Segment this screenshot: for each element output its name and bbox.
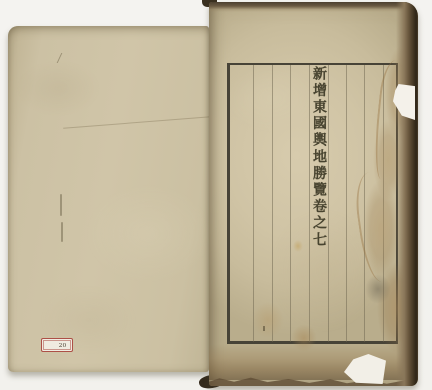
binding-stitch-mark [61, 222, 63, 242]
column-rule [290, 65, 291, 342]
gray-smudge [365, 274, 391, 304]
page-top-edge [209, 2, 418, 12]
catalog-label-text: 20 [59, 342, 67, 348]
book-scan: 20 新增東國輿地勝覽卷之七 [0, 0, 432, 390]
column-rule [346, 65, 347, 342]
title-page: 新增東國輿地勝覽卷之七 [209, 2, 418, 386]
binding-stitch-mark [60, 194, 62, 216]
back-cover-page: 20 [8, 26, 209, 372]
bottom-stain-band [209, 344, 418, 380]
cover-paper-texture [8, 26, 209, 372]
page-stack-edge [396, 2, 418, 386]
catalog-label: 20 [41, 338, 73, 352]
book-title-vertical: 新增東國輿地勝覽卷之七 [308, 66, 329, 256]
stain-spot [293, 240, 303, 252]
